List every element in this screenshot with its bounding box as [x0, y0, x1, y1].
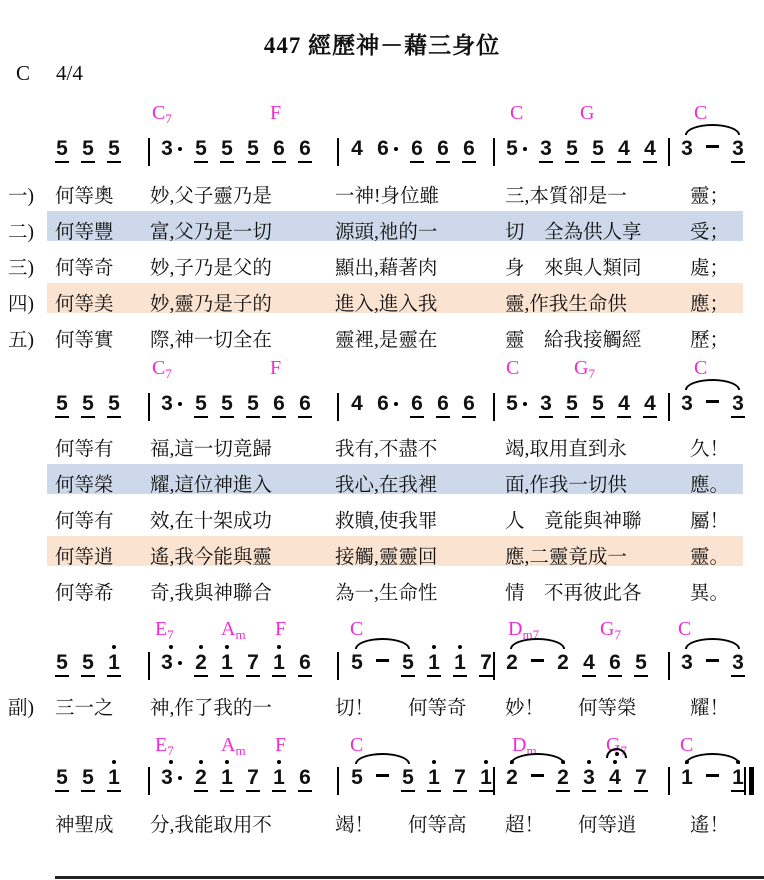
lyric-segment: 福,這一切竟歸 [150, 433, 272, 461]
note: 6 [298, 392, 312, 418]
note-digit: 5 [591, 137, 605, 163]
barline [493, 393, 495, 421]
note-digit: 3 [160, 137, 174, 161]
note-digit: 1 [272, 766, 286, 792]
augmentation-dot [523, 147, 527, 151]
note-digit: 1 [272, 651, 286, 677]
lyric-segment: 處； [690, 252, 729, 280]
lyric-segment: 我心,在我裡 [335, 469, 437, 497]
chord-subscript: 7 [165, 111, 172, 126]
note: 5 [350, 651, 364, 675]
note: 5 [81, 766, 95, 792]
barline [337, 393, 339, 421]
note-digit: 5 [246, 137, 260, 163]
note: 5 [107, 392, 121, 418]
note-digit: 4 [617, 137, 631, 163]
barline [493, 767, 495, 795]
barline [148, 767, 150, 795]
lyric-line: 二)何等豐富,父乃是一切源頭,祂的一切 全為供人享受； [0, 216, 764, 246]
octave-dot [112, 760, 116, 764]
note: 2 [194, 651, 208, 677]
note: 5 [634, 651, 648, 677]
lyric-segment: 異。 [690, 577, 729, 605]
lyric-segment: 妙！ [505, 692, 544, 720]
note-digit: 6 [376, 392, 390, 416]
lyric-segment: 屬！ [690, 505, 729, 533]
augmentation-dot [178, 147, 182, 151]
note: 7 [246, 651, 260, 677]
lyric-line: 五)何等實際,神一切全在靈裡,是靈在靈 給我接觸經歷； [0, 324, 764, 354]
note-digit: 5 [220, 392, 234, 418]
note-digit: 3 [680, 651, 694, 675]
lyric-line: 四)何等美妙,靈乃是子的進入,進入我靈,作我生命供應； [0, 288, 764, 318]
octave-dot [112, 645, 116, 649]
octave-dot [458, 645, 462, 649]
lyric-segment: 效,在十架成功 [150, 505, 272, 533]
lyric-segment: 何等美 [55, 288, 114, 316]
note: 5 [401, 651, 415, 677]
note: 4 [350, 137, 364, 161]
barline [668, 767, 670, 795]
measure: 22465 [505, 651, 660, 677]
note: 3 [731, 392, 745, 418]
chord-subscript: 7 [167, 743, 174, 758]
note-digit: 3 [539, 392, 553, 418]
lyric-segment: 何等有 [55, 505, 114, 533]
song-title: 447 經歷神－藉三身位 [0, 27, 764, 60]
barline [148, 393, 150, 421]
note: 6 [462, 137, 476, 163]
barline [668, 138, 670, 166]
note: 6 [436, 392, 450, 418]
note: 1 [453, 651, 467, 677]
chord: C [680, 734, 693, 757]
octave-dot [484, 760, 488, 764]
lyric-segment: 奇,我與神聯合 [150, 577, 272, 605]
note: 5 [55, 137, 69, 163]
octave-dot [225, 645, 229, 649]
note: 5 [220, 392, 234, 418]
note: 2 [556, 766, 570, 792]
octave-dot [199, 645, 203, 649]
key-signature: C [16, 61, 30, 85]
dash-extension [531, 774, 544, 777]
lyric-segment: 分,我能取用不 [150, 809, 272, 837]
augmentation-dot [178, 776, 182, 780]
note: 1 [427, 766, 441, 792]
note-digit: 4 [617, 392, 631, 418]
octave-dot [277, 760, 281, 764]
chord: F [270, 102, 281, 125]
verse-label: 四) [8, 288, 34, 316]
lyric-segment: 顯出,藉著肉 [335, 252, 437, 280]
lyric-line: 何等逍遙,我今能與靈接觸,靈靈回應,二靈竟成一靈。 [0, 541, 764, 571]
lyric-line: 神聖成分,我能取用不竭！何等高超！何等逍遙！ [0, 809, 764, 839]
octave-dot [432, 645, 436, 649]
dash-extension [706, 145, 719, 148]
measure: 535544 [505, 137, 669, 163]
chord: E7 [155, 618, 174, 643]
note-digit: 1 [731, 766, 745, 792]
note-digit: 6 [462, 392, 476, 418]
chord: C7 [152, 357, 172, 382]
lyric-segment: 富,父乃是一切 [150, 216, 272, 244]
lyric-segment: 切！ [335, 692, 374, 720]
note: 1 [107, 766, 121, 792]
notation-row: 5553555664666653554433 [0, 392, 764, 428]
note-digit: 1 [107, 651, 121, 677]
lyric-line: 何等榮耀,這位神進入我心,在我裡面,作我一切供應。 [0, 469, 764, 499]
lyric-segment: 應； [690, 288, 729, 316]
note-digit: 4 [643, 392, 657, 418]
note-digit: 5 [55, 392, 69, 418]
lyric-segment: 何等有 [55, 433, 114, 461]
lyric-segment: 際,神一切全在 [150, 324, 272, 352]
chord-subscript: 7 [588, 366, 595, 381]
note-digit: 6 [298, 392, 312, 418]
measure: 551 [55, 651, 133, 677]
note: 3 [582, 766, 596, 792]
octave-dot [432, 760, 436, 764]
note-digit: 4 [350, 392, 364, 416]
note: 5 [220, 137, 234, 163]
note: 1 [731, 766, 745, 792]
verse-label: 副) [8, 692, 34, 720]
note-digit: 4 [643, 137, 657, 163]
barline [148, 138, 150, 166]
lyric-segment: 何等榮 [55, 469, 114, 497]
note-digit: 6 [298, 137, 312, 163]
measure: 33 [680, 651, 757, 677]
barline [668, 393, 670, 421]
note: 6 [376, 137, 398, 161]
lyric-segment: 一神!身位雖 [335, 180, 439, 208]
note: 5 [565, 137, 579, 163]
verse-label: 三) [8, 252, 34, 280]
note-digit: 1 [453, 651, 467, 677]
note: 5 [246, 392, 260, 418]
note: 4 [617, 392, 631, 418]
note-digit: 3 [582, 766, 596, 792]
note-digit: 2 [505, 766, 519, 790]
note: 7 [634, 766, 648, 792]
lyric-segment: 情 不再彼此各 [505, 577, 642, 605]
tie-group: 33 [680, 137, 757, 163]
note: 6 [298, 766, 312, 792]
barline [148, 652, 150, 680]
note-digit: 1 [107, 766, 121, 792]
note-digit: 1 [427, 651, 441, 677]
note: 5 [505, 392, 527, 416]
lyric-segment: 為一,生命性 [335, 577, 437, 605]
lyric-segment: 遙,我今能與靈 [150, 541, 272, 569]
note-digit: 5 [634, 651, 648, 677]
note-digit: 6 [436, 137, 450, 163]
note-digit: 7 [453, 766, 467, 792]
lyric-segment: 耀,這位神進入 [150, 469, 272, 497]
note: 3 [680, 137, 694, 161]
lyric-segment: 何等奇 [408, 692, 467, 720]
note-digit: 2 [556, 651, 570, 675]
note: 3 [680, 651, 694, 675]
note-digit: 1 [220, 651, 234, 677]
tie-group: 22 [505, 651, 582, 675]
note: 6 [272, 137, 286, 163]
barline [493, 138, 495, 166]
note: 2 [505, 651, 519, 675]
lyric-segment: 切 全為供人享 [505, 216, 642, 244]
hymn-sheet: 447 經歷神－藉三身位 C4/4 C7FCGC5553555664666653… [0, 0, 764, 880]
dash-extension [706, 774, 719, 777]
lyric-segment: 受； [690, 216, 729, 244]
note-digit: 5 [401, 766, 415, 792]
note: 5 [505, 137, 527, 161]
note-digit: 4 [350, 137, 364, 161]
note-digit: 5 [194, 392, 208, 418]
note: 4 [582, 651, 596, 677]
lyric-segment: 我有,不盡不 [335, 433, 437, 461]
measure: 46666 [350, 392, 488, 418]
note: 6 [410, 137, 424, 163]
note-digit: 5 [107, 137, 121, 163]
note-digit: 5 [246, 392, 260, 418]
note-digit: 3 [731, 137, 745, 163]
note: 5 [107, 137, 121, 163]
lyric-segment: 靈。 [690, 541, 729, 569]
note-digit: 1 [427, 766, 441, 792]
octave-dot [169, 760, 173, 764]
note-digit: 6 [410, 137, 424, 163]
barline [668, 652, 670, 680]
note: 5 [55, 392, 69, 418]
note: 5 [81, 137, 95, 163]
tie-group: 55 [350, 766, 427, 792]
note-digit: 5 [350, 766, 364, 790]
note: 2 [505, 766, 519, 790]
note: 3 [160, 137, 182, 161]
note: 2 [556, 651, 570, 675]
lyric-line: 何等希奇,我與神聯合為一,生命性情 不再彼此各異。 [0, 577, 764, 607]
dash-extension [706, 659, 719, 662]
note-digit: 3 [680, 392, 694, 416]
final-barline [749, 767, 754, 795]
note: 1 [680, 766, 694, 790]
augmentation-dot [523, 402, 527, 406]
measure: 33 [680, 392, 757, 418]
measure: 551 [55, 766, 133, 792]
lyric-segment: 歷； [690, 324, 729, 352]
note-digit: 5 [591, 392, 605, 418]
lyric-segment: 靈,作我生命供 [505, 288, 627, 316]
note-digit: 7 [634, 766, 648, 792]
page-divider [55, 876, 764, 879]
note: 5 [565, 392, 579, 418]
lyric-segment: 靈 給我接觸經 [505, 324, 642, 352]
lyric-segment: 何等奇 [55, 252, 114, 280]
notation-row: 551321716551172246533 [0, 651, 764, 687]
lyric-line: 副)三一之神,作了我的一切！何等奇妙！何等榮耀！ [0, 692, 764, 722]
note-digit: 5 [401, 651, 415, 677]
note-digit: 3 [731, 651, 745, 677]
lyric-segment: 人 竟能與神聯 [505, 505, 642, 533]
lyric-line: 何等有效,在十架成功救贖,使我罪人 竟能與神聯屬！ [0, 505, 764, 535]
lyric-segment: 妙,子乃是父的 [150, 252, 272, 280]
chord: C7 [152, 102, 172, 127]
note-digit: 5 [220, 137, 234, 163]
lyric-segment: 久！ [690, 433, 729, 461]
barline [337, 767, 339, 795]
note: 5 [194, 392, 208, 418]
measure: 321716 [160, 766, 324, 792]
verse-label: 二) [8, 216, 34, 244]
tie-group: 55 [350, 651, 427, 677]
chord-row: C7FCG7C [0, 357, 764, 383]
octave-dot [225, 760, 229, 764]
note-digit: 4 [582, 651, 596, 677]
lyric-segment: 救贖,使我罪 [335, 505, 437, 533]
note-digit: 5 [55, 766, 69, 792]
final-barline [744, 767, 746, 795]
barline [493, 652, 495, 680]
note-digit: 2 [194, 766, 208, 792]
note-digit: 7 [246, 651, 260, 677]
note: 6 [376, 392, 398, 416]
note-digit: 7 [246, 766, 260, 792]
note-digit: 3 [731, 392, 745, 418]
note: 3 [539, 137, 553, 163]
note: 1 [427, 651, 441, 677]
chord: C [694, 102, 707, 125]
note: 3 [160, 766, 182, 790]
dash-extension [376, 774, 389, 777]
notation-row: 5553555664666653554433 [0, 137, 764, 173]
lyric-segment: 何等逍 [578, 809, 637, 837]
note-digit: 5 [505, 392, 519, 416]
note: 5 [401, 766, 415, 792]
lyric-segment: 何等榮 [578, 692, 637, 720]
note-digit: 2 [194, 651, 208, 677]
chord: C [350, 618, 363, 641]
lyric-line: 一)何等奧妙,父子靈乃是一神!身位雖三,本質卻是一靈； [0, 180, 764, 210]
augmentation-dot [178, 402, 182, 406]
note: 5 [246, 137, 260, 163]
measure: 55117 [350, 651, 505, 677]
note: 7 [479, 651, 493, 677]
note-digit: 6 [410, 392, 424, 418]
lyric-segment: 進入,進入我 [335, 288, 437, 316]
verse-label: 五) [8, 324, 34, 352]
note: 1 [479, 766, 493, 792]
chord: F [270, 357, 281, 380]
note-digit: 5 [55, 651, 69, 677]
lyric-segment: 靈； [690, 180, 729, 208]
chord: E7 [155, 734, 174, 759]
measure: 355566 [160, 392, 324, 418]
lyric-line: 三)何等奇妙,子乃是父的顯出,藉著肉身 來與人類同處； [0, 252, 764, 282]
barline [337, 138, 339, 166]
note: 4 [350, 392, 364, 416]
lyric-segment: 何等高 [408, 809, 467, 837]
chord: C [678, 618, 691, 641]
note: 6 [462, 392, 476, 418]
note: 5 [350, 766, 364, 790]
measure: 55171 [350, 766, 505, 792]
note-digit: 6 [298, 766, 312, 792]
lyric-segment: 何等豐 [55, 216, 114, 244]
lyric-segment: 面,作我一切供 [505, 469, 627, 497]
note: 5 [194, 137, 208, 163]
chord-subscript: 7 [614, 627, 621, 642]
note-digit: 5 [81, 137, 95, 163]
note-digit: 2 [556, 766, 570, 792]
note: 7 [453, 766, 467, 792]
note: 6 [298, 651, 312, 677]
note: 3 [680, 392, 694, 416]
note: 1 [107, 651, 121, 677]
note-digit: 4 [608, 766, 622, 792]
lyric-segment: 遙！ [690, 809, 729, 837]
time-signature: 4/4 [56, 61, 83, 85]
measure: 33 [680, 137, 757, 163]
lyric-segment: 妙,父子靈乃是 [150, 180, 272, 208]
lyric-segment: 何等實 [55, 324, 114, 352]
note: 5 [55, 651, 69, 677]
note: 6 [608, 651, 622, 677]
note: 5 [591, 392, 605, 418]
octave-dot [613, 760, 617, 764]
chord: G7 [600, 618, 621, 643]
note-digit: 5 [107, 392, 121, 418]
note: 4 [643, 137, 657, 163]
note-digit: 6 [272, 392, 286, 418]
note-digit: 5 [81, 766, 95, 792]
note: 4 [608, 766, 622, 792]
augmentation-dot [394, 402, 398, 406]
note-digit: 6 [298, 651, 312, 677]
notation-row: 551321716551712234711 [0, 766, 764, 802]
dash-extension [531, 659, 544, 662]
tie-group: 22 [505, 766, 582, 792]
note: 4 [617, 137, 631, 163]
note: 6 [410, 392, 424, 418]
chord-subscript: 7 [167, 627, 174, 642]
note: 6 [436, 137, 450, 163]
octave-dot [587, 760, 591, 764]
lyric-line: 何等有福,這一切竟歸我有,不盡不竭,取用直到永久！ [0, 433, 764, 463]
chord: F [275, 618, 286, 641]
chord-subscript: 7 [165, 366, 172, 381]
lyric-segment: 神,作了我的一 [150, 692, 272, 720]
lyric-segment: 竭！ [335, 809, 374, 837]
dash-extension [376, 659, 389, 662]
chord: C [694, 357, 707, 380]
chord-subscript: m [235, 627, 245, 642]
note-digit: 3 [160, 651, 174, 675]
note-digit: 5 [81, 392, 95, 418]
augmentation-dot [394, 147, 398, 151]
verse-label: 一) [8, 180, 34, 208]
measure: 46666 [350, 137, 488, 163]
note-digit: 5 [565, 137, 579, 163]
lyric-segment: 何等逍 [55, 541, 114, 569]
note-digit: 3 [680, 137, 694, 161]
augmentation-dot [178, 661, 182, 665]
note-digit: 1 [220, 766, 234, 792]
lyric-segment: 三,本質卻是一 [505, 180, 627, 208]
lyric-segment: 超！ [505, 809, 544, 837]
note: 3 [731, 137, 745, 163]
measure: 555 [55, 137, 133, 163]
